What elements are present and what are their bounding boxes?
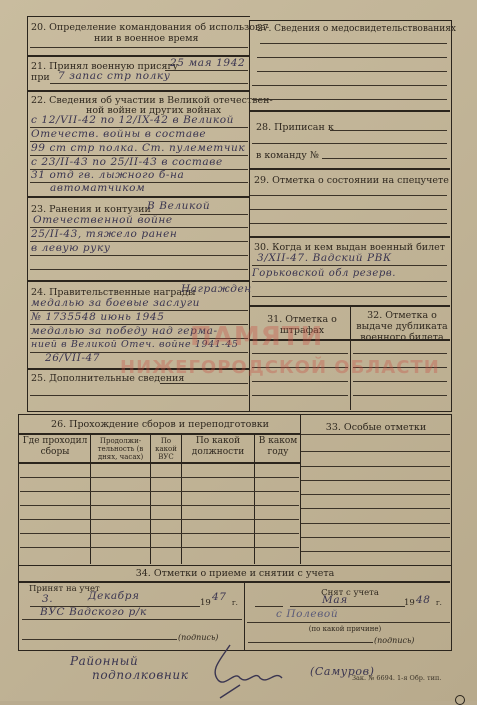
removed-signature-label: (подпись) bbox=[374, 635, 414, 646]
accepted-year[interactable]: 47 bbox=[212, 591, 227, 603]
field-28-command-label: в команду № bbox=[256, 150, 319, 161]
col-divider-4 bbox=[254, 434, 255, 564]
field-33-row bbox=[301, 494, 450, 495]
field-33-row bbox=[301, 523, 450, 524]
field-23-rule-4 bbox=[30, 269, 248, 270]
removed-year[interactable]: 48 bbox=[416, 594, 431, 606]
divider-27-28 bbox=[250, 110, 450, 112]
field-26-header-rule bbox=[19, 462, 300, 464]
field-32-rule-3 bbox=[353, 381, 447, 382]
divider-28-29 bbox=[250, 168, 450, 170]
removed-reason-label: (по какой причине) bbox=[290, 625, 400, 633]
print-note: Зак. № 6694. 1-я Обр. тип. bbox=[352, 674, 441, 682]
field-31-rule-3 bbox=[252, 381, 348, 382]
field-28-rule-1 bbox=[330, 130, 447, 131]
field-31-rule-1 bbox=[252, 353, 348, 354]
field-30-line-2[interactable]: Горьковской обл резерв. bbox=[252, 268, 396, 280]
signature-line-2: подполковник bbox=[92, 669, 189, 681]
field-33-row bbox=[301, 551, 450, 552]
field-20-label-cont: нии в военное время bbox=[94, 33, 199, 44]
removed-month[interactable]: Мая bbox=[322, 594, 348, 606]
removed-year-prefix: 19 bbox=[404, 598, 415, 609]
field-27-rule-1 bbox=[260, 43, 447, 44]
field-24-value-inline[interactable]: Награжден bbox=[181, 283, 252, 295]
accepted-rule-2 bbox=[22, 619, 242, 620]
col-header-position: По какой должности bbox=[185, 436, 251, 458]
field-27-rule-2 bbox=[257, 57, 447, 58]
accepted-year-prefix: 19 bbox=[200, 598, 211, 609]
field-21-unit[interactable]: 7 запас стр полку bbox=[58, 70, 170, 82]
accepted-year-suffix: г. bbox=[232, 598, 238, 609]
removed-day-rule bbox=[255, 606, 283, 607]
field-25-rule-1 bbox=[30, 395, 248, 396]
field-33-rule-0 bbox=[301, 434, 450, 435]
table-row bbox=[20, 547, 299, 548]
field-21-line2 bbox=[50, 83, 248, 84]
military-registration-card-page: 20. Определение командования об использо… bbox=[0, 0, 477, 701]
field-25-rule-0 bbox=[160, 383, 248, 384]
table-row bbox=[20, 477, 299, 478]
divider-21-22 bbox=[28, 90, 249, 92]
field-34-title-rule bbox=[19, 581, 450, 583]
field-23-line-2[interactable]: 25/II-43, тяжело ранен bbox=[31, 228, 177, 240]
punch-hole-icon bbox=[455, 695, 465, 701]
field-22-line-5[interactable]: 31 отд гв. лыжного б-на bbox=[31, 169, 184, 181]
archive-watermark-line-1: ПАМЯТИ bbox=[190, 322, 323, 352]
field-33-row bbox=[301, 451, 450, 452]
accepted-day[interactable]: 3. bbox=[42, 593, 53, 605]
table-row bbox=[20, 519, 299, 520]
field-30-rule-1 bbox=[252, 265, 447, 266]
col-header-duration: Продолжи-тельность (в днях, часах) bbox=[91, 437, 150, 461]
field-20-label: 20. Определение командования об использо… bbox=[31, 22, 269, 33]
field-24-line-2[interactable]: № 1735548 июнь 1945 bbox=[31, 311, 164, 323]
divider-22-23 bbox=[28, 196, 249, 198]
field-20-line bbox=[30, 47, 248, 48]
field-30-rule-3 bbox=[252, 296, 447, 297]
field-29-rule-2 bbox=[250, 209, 447, 210]
field-22-line-4[interactable]: с 23/II-43 по 25/II-43 в составе bbox=[31, 156, 223, 168]
field-28-rule-3 bbox=[322, 158, 447, 159]
field-28-label: 28. Приписан к bbox=[256, 122, 334, 133]
field-23-line-3[interactable]: в левую руку bbox=[31, 242, 111, 254]
signature-line-1: Районный bbox=[70, 655, 138, 667]
field-22-line-6[interactable]: автоматчиком bbox=[50, 182, 145, 194]
archive-watermark-line-2: НИЖЕГОРОДСКОЙ ОБЛАСТИ bbox=[120, 357, 440, 378]
removed-reason-rule bbox=[247, 622, 450, 623]
accepted-month[interactable]: Декабря bbox=[88, 590, 140, 602]
removed-label: Снят с учета bbox=[300, 588, 400, 599]
field-33-row bbox=[301, 480, 450, 481]
field-29-rule-3 bbox=[250, 223, 447, 224]
accepted-line-2[interactable]: ВУС Вадского р/к bbox=[40, 606, 147, 618]
accepted-signature-rule bbox=[22, 639, 177, 640]
field-24-line-5[interactable]: 26/VII-47 bbox=[45, 352, 100, 364]
col-header-year: В каком году bbox=[256, 436, 300, 458]
field-26-title-rule bbox=[19, 433, 300, 435]
field-34-title: 34. Отметки о приеме и снятии с учета bbox=[20, 568, 450, 579]
field-21-line bbox=[165, 70, 248, 71]
field-33-row bbox=[301, 537, 450, 538]
field-29-rule-1 bbox=[250, 195, 447, 196]
field-27-rule-3 bbox=[257, 71, 447, 72]
field-23-line-1[interactable]: Отечественной войне bbox=[33, 214, 173, 226]
field-33-row bbox=[301, 508, 450, 509]
field-23-value-inline[interactable]: В Великой bbox=[147, 200, 210, 212]
field-22-line-3[interactable]: 99 ст стр полка. Ст. пулеметчик bbox=[31, 142, 245, 154]
field-21-oath-date[interactable]: 25 мая 1942 bbox=[170, 57, 245, 69]
col-divider-3 bbox=[181, 434, 182, 564]
field-28-rule-2 bbox=[252, 143, 447, 144]
field-24-line-1[interactable]: медалью за боевые заслуги bbox=[31, 297, 200, 309]
col-header-vus: По какой ВУС bbox=[151, 437, 181, 461]
field-29-label: 29. Отметка о состоянии на спецучете bbox=[254, 175, 449, 186]
field-26-title: 26. Прохождение сборов и переподготовки bbox=[20, 419, 300, 430]
field-21-pri-label: при bbox=[31, 72, 50, 83]
removed-year-suffix: г. bbox=[436, 598, 442, 609]
field-31-rule-4 bbox=[252, 395, 348, 396]
field-32-rule-4 bbox=[353, 395, 447, 396]
field-33-label: 33. Особые отметки bbox=[302, 422, 450, 433]
removed-month-rule bbox=[290, 606, 405, 607]
table-row bbox=[20, 533, 299, 534]
divider-23-24 bbox=[28, 280, 249, 282]
field-22-line-2[interactable]: Отечеств. войны в составе bbox=[31, 128, 206, 140]
table-row bbox=[20, 505, 299, 506]
field-27-label: 27. Сведения о медосвидетельствованиях bbox=[257, 24, 456, 35]
field-30-rule-2 bbox=[252, 281, 447, 282]
removed-reason[interactable]: с Полевой bbox=[276, 608, 338, 620]
divider-26-33 bbox=[300, 414, 301, 564]
field-27-rule-4 bbox=[252, 85, 447, 86]
col-header-where: Где проходил сборы bbox=[20, 436, 90, 458]
field-33-row bbox=[301, 466, 450, 467]
field-32-rule-1 bbox=[353, 353, 447, 354]
field-27-rule-5 bbox=[252, 99, 447, 100]
signature-scribble bbox=[200, 640, 300, 700]
field-22-line-1[interactable]: с 12/VII-42 по 12/IX-42 в Великой bbox=[31, 114, 234, 126]
divider-29-30 bbox=[250, 236, 450, 238]
field-23-rule-3 bbox=[30, 255, 248, 256]
field-30-line-1[interactable]: 3/XII-47. Вадский РВК bbox=[257, 252, 392, 264]
table-row bbox=[20, 491, 299, 492]
